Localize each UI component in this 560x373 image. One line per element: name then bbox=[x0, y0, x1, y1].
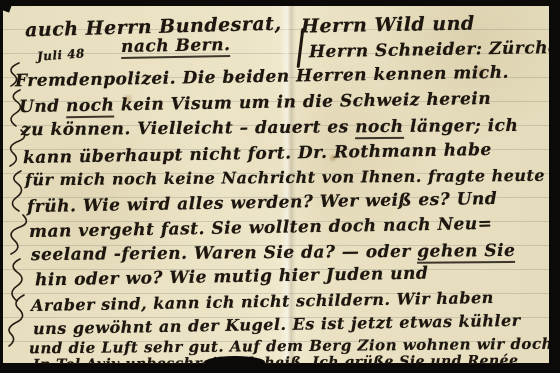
phrase: Fremdenpolizei. Die beiden Herren kennen… bbox=[15, 63, 509, 92]
phrase: zu können. Vielleicht – dauert es bbox=[21, 117, 355, 140]
handwriting-line: Juli 48 bbox=[37, 46, 86, 63]
underlined-phrase: noch bbox=[66, 95, 115, 118]
underlined-phrase: noch bbox=[355, 117, 404, 139]
margin-note-handwriting bbox=[1, 46, 35, 366]
handwriting-line: für mich noch keine Nachricht von Ihnen.… bbox=[25, 166, 545, 190]
handwriting-line: Und noch kein Visum um in die Schweiz he… bbox=[19, 89, 491, 117]
phrase: kann überhaupt nicht fort. Dr. Rothmann … bbox=[23, 140, 492, 168]
phrase: seeland -ferien. Waren Sie da? — oder bbox=[31, 242, 417, 265]
handwriting-line: nach Bern. bbox=[121, 35, 231, 57]
scan-border-left bbox=[0, 0, 3, 373]
handwriting-line: zu können. Vielleicht – dauert es noch l… bbox=[21, 116, 519, 140]
underlined-phrase: gehen Sie bbox=[417, 241, 515, 264]
phrase: Araber sind, kann ich nicht schildern. W… bbox=[31, 288, 494, 315]
phrase: früh. Wie wird alles werden? Wer weiß es… bbox=[27, 189, 498, 217]
handwriting-line: Herrn Wild und bbox=[301, 12, 475, 37]
handwriting-line: uns gewöhnt an der Kugel. Es ist jetzt e… bbox=[33, 311, 521, 339]
handwriting-line: seeland -ferien. Waren Sie da? — oder ge… bbox=[31, 241, 516, 265]
scan-border-right bbox=[549, 0, 560, 373]
illegible-scribble-icon bbox=[1, 46, 35, 366]
handwriting-line: Fremdenpolizei. Die beiden Herren kennen… bbox=[15, 63, 509, 92]
handwriting-line: hin oder wo? Wie mutig hier Juden und bbox=[35, 264, 429, 291]
handwriting-line: man vergeht fast. Sie wollten doch nach … bbox=[29, 214, 493, 242]
scanned-postcard: auch Herrn Bundesrat,Herrn Wild undJuli … bbox=[0, 0, 560, 373]
handwriting-line: kann überhaupt nicht fort. Dr. Rothmann … bbox=[23, 140, 492, 168]
handwriting-line: Herrn Schneider: Zürcher bbox=[309, 38, 560, 63]
scan-border-bottom bbox=[0, 364, 560, 373]
scan-shadow-blot bbox=[205, 356, 265, 368]
phrase: hin oder wo? Wie mutig hier Juden und bbox=[35, 264, 429, 291]
underlined-phrase: nach Bern. bbox=[121, 35, 231, 59]
handwriting-line: Araber sind, kann ich nicht schildern. W… bbox=[31, 288, 494, 315]
phrase: Herrn Wild und bbox=[301, 12, 475, 37]
phrase: Herrn Schneider: Zürcher bbox=[309, 38, 560, 63]
phrase: uns gewöhnt an der Kugel. Es ist jetzt e… bbox=[33, 311, 521, 339]
handwriting-line: früh. Wie wird alles werden? Wer weiß es… bbox=[27, 189, 498, 217]
phrase: Juli 48 bbox=[37, 46, 86, 63]
scan-border-top bbox=[0, 0, 560, 6]
phrase: für mich noch keine Nachricht von Ihnen.… bbox=[25, 166, 545, 190]
phrase: länger; ich bbox=[403, 116, 518, 137]
phrase: man vergeht fast. Sie wollten doch nach … bbox=[29, 214, 493, 242]
postcard-paper: auch Herrn Bundesrat,Herrn Wild undJuli … bbox=[3, 6, 549, 363]
phrase: kein Visum um in die Schweiz herein bbox=[114, 89, 491, 116]
